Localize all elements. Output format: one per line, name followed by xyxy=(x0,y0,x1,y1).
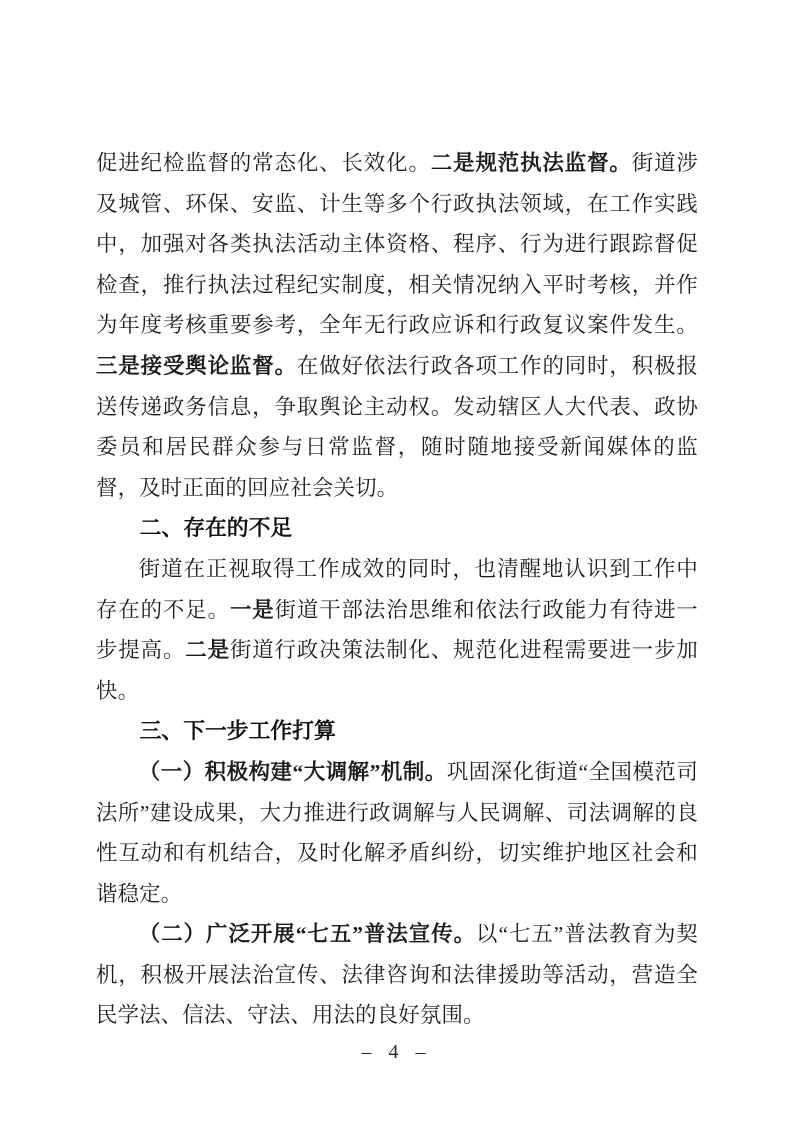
bold-lead-in: 一是 xyxy=(230,598,275,622)
section-heading-next-steps: 三、下一步工作打算 xyxy=(96,711,698,752)
subheading-lead-in: （二）广泛开展“七五”普法宣传。 xyxy=(139,922,476,946)
section-heading-shortcomings: 二、存在的不足 xyxy=(96,508,698,549)
subheading-lead-in: （一）积极构建“大调解”机制。 xyxy=(139,760,447,784)
bold-lead-in: 二是规范执法监督。 xyxy=(431,151,632,175)
paragraph-shortcomings: 街道在正视取得工作成效的同时，也清醒地认识到工作中存在的不足。一是街道干部法治思… xyxy=(96,549,698,711)
bold-lead-in: 二是 xyxy=(185,638,230,662)
body-text: 促进纪检监督的常态化、长效化。 xyxy=(96,151,431,175)
bold-lead-in: 三是接受舆论监督。 xyxy=(96,354,297,378)
paragraph-continuation: 促进纪检监督的常态化、长效化。二是规范执法监督。街道涉及城管、环保、安监、计生等… xyxy=(96,143,698,508)
document-body: 促进纪检监督的常态化、长效化。二是规范执法监督。街道涉及城管、环保、安监、计生等… xyxy=(96,143,698,1036)
body-text: 街道涉及城管、环保、安监、计生等多个行政执法领域，在工作实践中，加强对各类执法活… xyxy=(96,151,698,337)
paragraph-mediation: （一）积极构建“大调解”机制。巩固深化街道“全国模范司法所”建设成果，大力推进行… xyxy=(96,752,698,914)
page-number: – 4 – xyxy=(0,1038,793,1066)
document-page: 促进纪检监督的常态化、长效化。二是规范执法监督。街道涉及城管、环保、安监、计生等… xyxy=(0,0,793,1122)
paragraph-law-publicity: （二）广泛开展“七五”普法宣传。以“七五”普法教育为契机，积极开展法治宣传、法律… xyxy=(96,914,698,1036)
